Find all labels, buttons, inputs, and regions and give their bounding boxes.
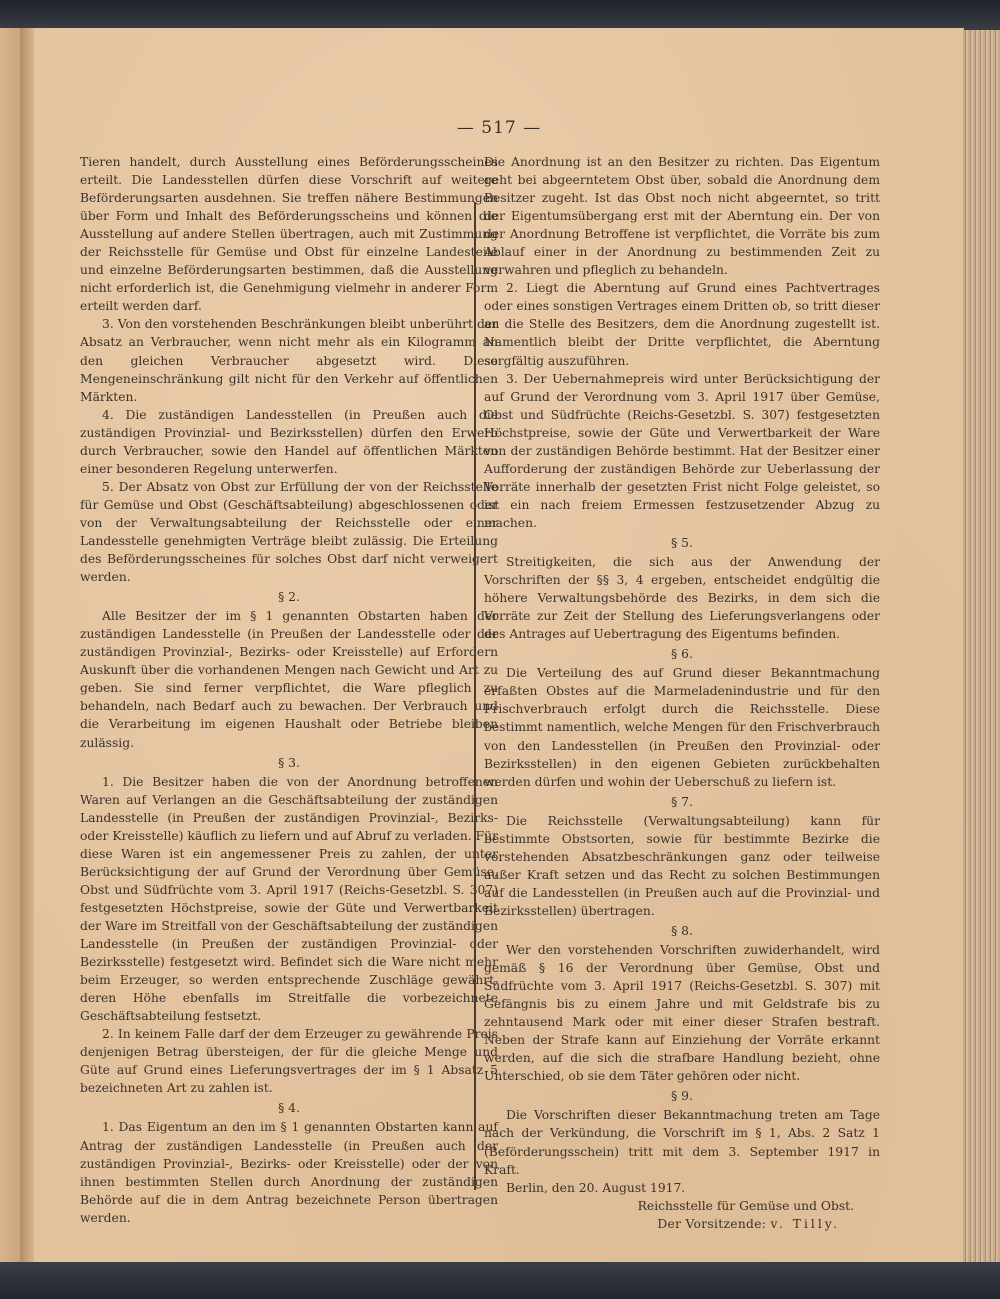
signature-name: v. Tilly. — [770, 1217, 840, 1231]
left-column: Tieren handelt, durch Ausstellung eines … — [80, 153, 498, 1227]
previous-page-edge — [0, 28, 22, 1264]
section-heading-7: § 7. — [484, 793, 880, 811]
section-heading-8: § 8. — [484, 922, 880, 940]
book-page-edges — [963, 30, 1000, 1262]
section-4-item-3: 3. Der Uebernahmepreis wird unter Berück… — [484, 370, 880, 532]
section-4-item-1: 1. Das Eigentum an den im § 1 genannten … — [80, 1118, 498, 1226]
section-4-item-2: 2. Liegt die Aberntung auf Grund eines P… — [484, 279, 880, 369]
section-7-text: Die Reichsstelle (Verwaltungsabteilung) … — [484, 812, 880, 920]
column-divider — [474, 202, 476, 1190]
paragraph-item-3: 3. Von den vorstehenden Beschränkungen b… — [80, 315, 498, 405]
section-2-text: Alle Besitzer der im § 1 genannten Obsta… — [80, 607, 498, 751]
issuing-authority: Reichsstelle für Gemüse und Obst. — [484, 1197, 880, 1215]
section-heading-5: § 5. — [484, 534, 880, 552]
section-heading-9: § 9. — [484, 1087, 880, 1105]
date-line: Berlin, den 20. August 1917. — [484, 1179, 880, 1197]
section-heading-2: § 2. — [80, 588, 498, 606]
signature-prefix: Der Vorsitzende: — [657, 1217, 766, 1231]
paragraph-item-5: 5. Der Absatz von Obst zur Erfüllung der… — [80, 478, 498, 586]
document-page: — 517 — Tieren handelt, durch Ausstellun… — [34, 28, 964, 1264]
paragraph-item-4: 4. Die zuständigen Landesstellen (in Pre… — [80, 406, 498, 478]
book-cover-bottom — [0, 1262, 1000, 1299]
section-6-text: Die Verteilung des auf Grund dieser Beka… — [484, 664, 880, 790]
paragraph-continued: Tieren handelt, durch Ausstellung eines … — [80, 153, 498, 315]
section-4-continued: Die Anordnung ist an den Besitzer zu ric… — [484, 153, 880, 279]
section-8-text: Wer den vorstehenden Vorschriften zuwide… — [484, 941, 880, 1085]
section-9-text: Die Vorschriften dieser Bekanntmachung t… — [484, 1106, 880, 1178]
signature: Der Vorsitzende: v. Tilly. — [484, 1215, 880, 1233]
section-3-item-2: 2. In keinem Falle darf der dem Erzeuger… — [80, 1025, 498, 1097]
section-heading-3: § 3. — [80, 754, 498, 772]
right-column: Die Anordnung ist an den Besitzer zu ric… — [484, 153, 880, 1233]
page-number: — 517 — — [34, 118, 964, 138]
section-heading-4: § 4. — [80, 1099, 498, 1117]
section-3-item-1: 1. Die Besitzer haben die von der Anordn… — [80, 773, 498, 1026]
section-heading-6: § 6. — [484, 645, 880, 663]
section-5-text: Streitigkeiten, die sich aus der Anwendu… — [484, 553, 880, 643]
